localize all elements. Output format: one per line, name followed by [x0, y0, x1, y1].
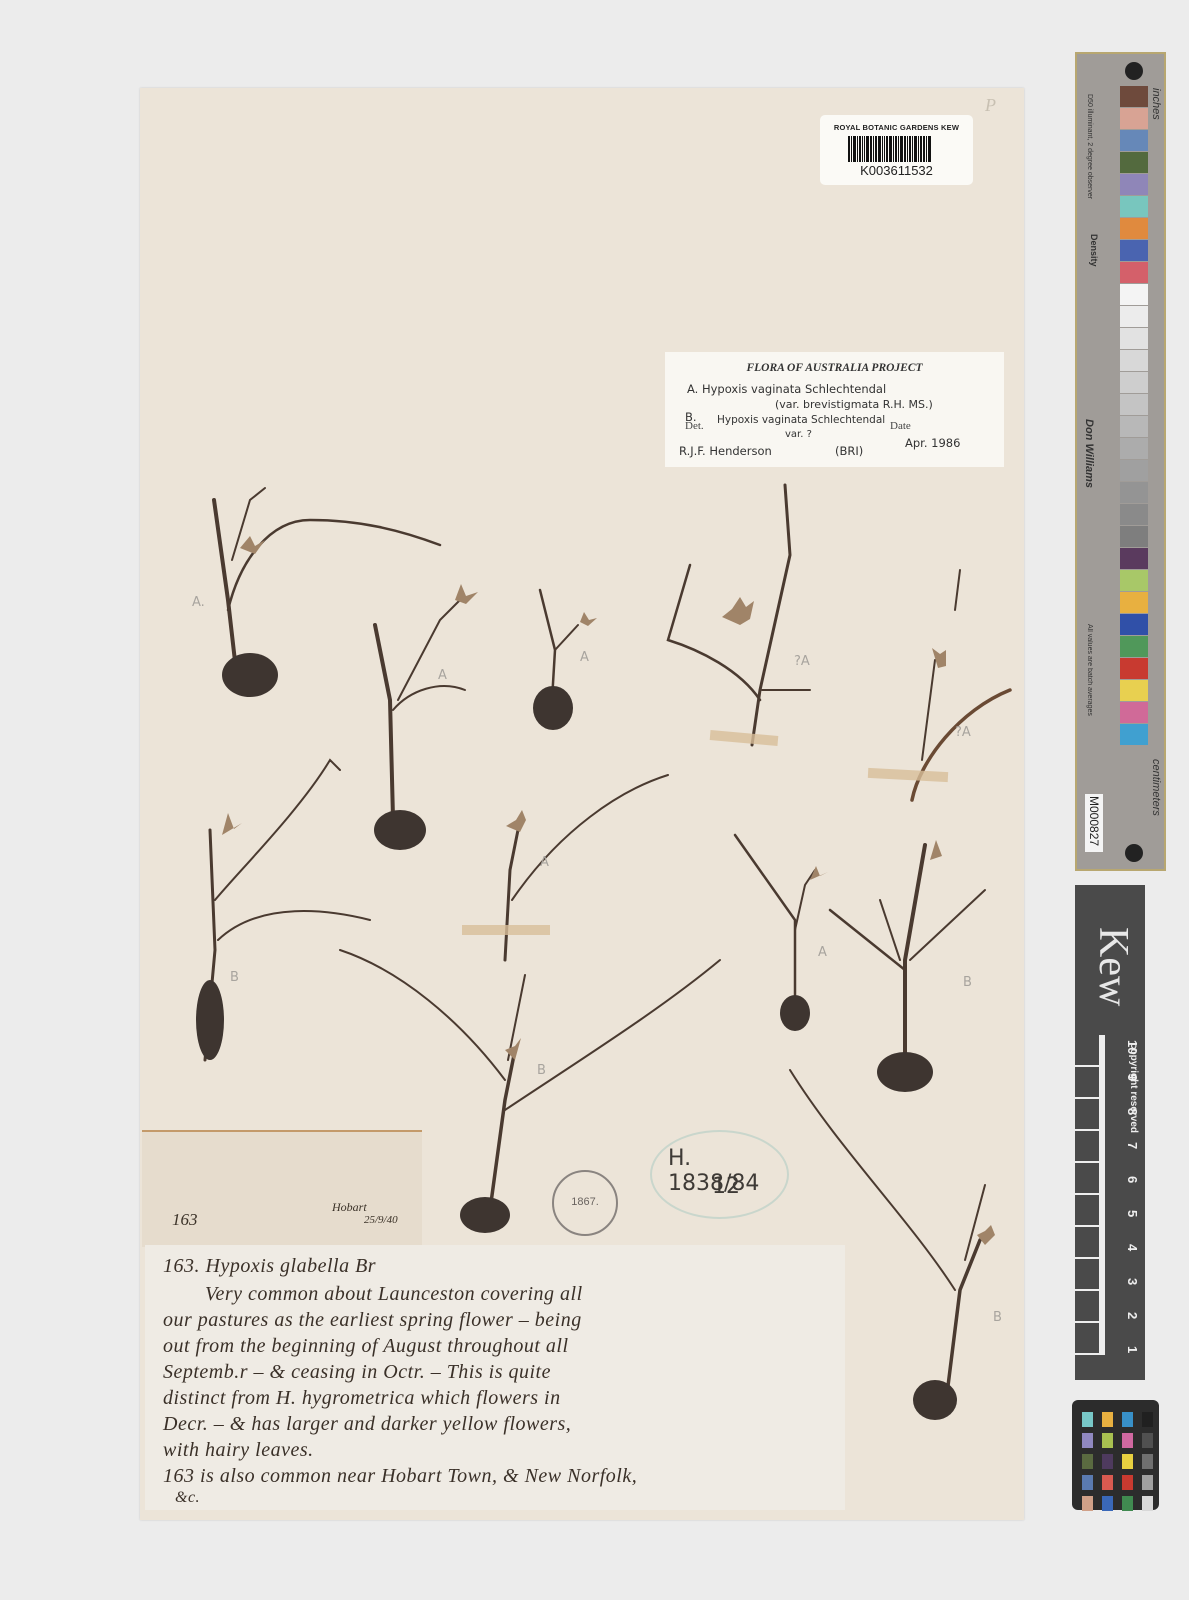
color-checker-grid — [1082, 1412, 1156, 1511]
collector-slip: 163 Hobart 25/9/40 — [142, 1130, 422, 1247]
plant-label: B — [993, 1310, 1002, 1325]
plant-label: A — [818, 945, 827, 960]
notes-line: 163. Hypoxis glabella Br — [163, 1255, 376, 1278]
plant-label: A — [438, 668, 447, 683]
density-label: Density — [1089, 234, 1099, 267]
illuminant-note: D50 illuminant, 2 degree observer — [1086, 94, 1093, 199]
notes-line: Decr. – & has larger and darker yellow f… — [163, 1413, 571, 1436]
collector-number: 163 — [172, 1210, 198, 1230]
inches-label: inches — [1150, 88, 1162, 120]
kew-accession-stamp: H. 1838/84 12 — [650, 1130, 789, 1219]
plant-label: ?A — [955, 725, 971, 740]
collector-locality: Hobart — [332, 1200, 367, 1215]
plant-label: A. — [192, 595, 205, 610]
don-williams-brand: Don Williams — [1083, 419, 1095, 488]
notes-line: with hairy leaves. — [163, 1439, 314, 1462]
collector-date: 25/9/40 — [364, 1214, 398, 1226]
color-swatches — [1120, 86, 1150, 746]
centimeters-label: centimeters — [1150, 759, 1162, 816]
plant-label: B — [963, 975, 972, 990]
color-checker-card — [1072, 1400, 1159, 1510]
color-calibration-bar: inches D50 illuminant, 2 degree observer… — [1075, 52, 1166, 871]
target-id: M000827 — [1085, 794, 1103, 852]
cm-ruler — [1075, 1035, 1105, 1375]
plant-label: A — [580, 650, 589, 665]
registration-dot-icon — [1125, 844, 1143, 862]
notes-line: distinct from H. hygrometrica which flow… — [163, 1387, 561, 1410]
kew-logo: Kew — [1081, 885, 1141, 1030]
plant-label: B — [537, 1063, 546, 1078]
notes-line: Very common about Launceston covering al… — [205, 1283, 583, 1306]
field-notes-slip: 163. Hypoxis glabella Br Very common abo… — [145, 1245, 845, 1510]
notes-line: &c. — [175, 1489, 200, 1507]
herbarium-stamp-year: 1867. — [554, 1196, 616, 1208]
kew-scale-bar: Kew 10 9 8 7 6 5 4 3 2 1 copyright reser… — [1075, 885, 1145, 1380]
accession-sub: 12 — [712, 1174, 740, 1199]
registration-dot-icon — [1125, 62, 1143, 80]
notes-line: Septemb.r – & ceasing in Octr. – This is… — [163, 1361, 551, 1384]
plant-label: B — [230, 970, 239, 985]
notes-line: our pastures as the earliest spring flow… — [163, 1309, 582, 1332]
plant-label: ?A — [794, 654, 810, 669]
copyright-notice: copyright reserved — [1128, 1043, 1139, 1133]
plant-label: A — [540, 855, 549, 870]
notes-line: out from the beginning of August through… — [163, 1335, 569, 1358]
notes-line: 163 is also common near Hobart Town, & N… — [163, 1465, 637, 1488]
batch-note: All values are batch averages — [1086, 624, 1093, 716]
herbarium-hookerianum-stamp: 1867. — [552, 1170, 618, 1236]
